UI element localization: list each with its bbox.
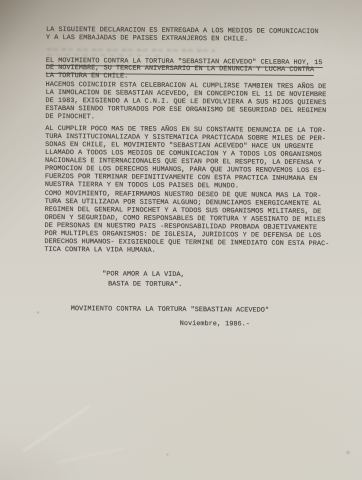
paragraph-anniversary: EL MOVIMIENTO CONTRA LA TORTURA "SEBASTI… xyxy=(46,57,323,83)
paragraph-distribution-note: LA SIGUIENTE DECLARACION ES ENTREGADA A … xyxy=(46,27,319,45)
paragraph-inmolacion: HACEMOS COINCIDIR ESTA CELEBRACION AL CU… xyxy=(45,82,326,124)
slogan: "POR AMOR A LA VIDA, BASTA DE TORTURA". xyxy=(102,269,185,290)
paper-speck xyxy=(345,450,351,455)
typed-line: MOVIMIENTO CONTRA LA TORTURA "SEBASTIAN … xyxy=(71,306,269,315)
faint-erased-text-smudge xyxy=(47,48,215,52)
signature-organization: MOVIMIENTO CONTRA LA TORTURA "SEBASTIAN … xyxy=(71,306,269,315)
paper-speck xyxy=(36,311,40,314)
photographed-document: { "colors": { "paper": "#d2cfc6", "paper… xyxy=(0,0,362,480)
slogan-line: "POR AMOR A LA VIDA, xyxy=(102,269,185,280)
document-page: LA SIGUIENTE DECLARACION ES ENTREGADA A … xyxy=(0,0,362,480)
typed-line: Noviembre, 1986.- xyxy=(180,321,250,329)
paragraph-llamado-urgente: AL CUMPLIR POCO MAS DE TRES AÑOS EN SU C… xyxy=(45,126,326,192)
typed-text-block: LA SIGUIENTE DECLARACION ES ENTREGADA A … xyxy=(42,0,346,480)
signature-date: Noviembre, 1986.- xyxy=(180,321,250,329)
slogan-line: BASTA DE TORTURA". xyxy=(108,279,185,290)
paragraph-denuncia-regimen: COMO MOVIMIENTO, REAFIRMAMOS NUESTRO DES… xyxy=(44,191,329,257)
